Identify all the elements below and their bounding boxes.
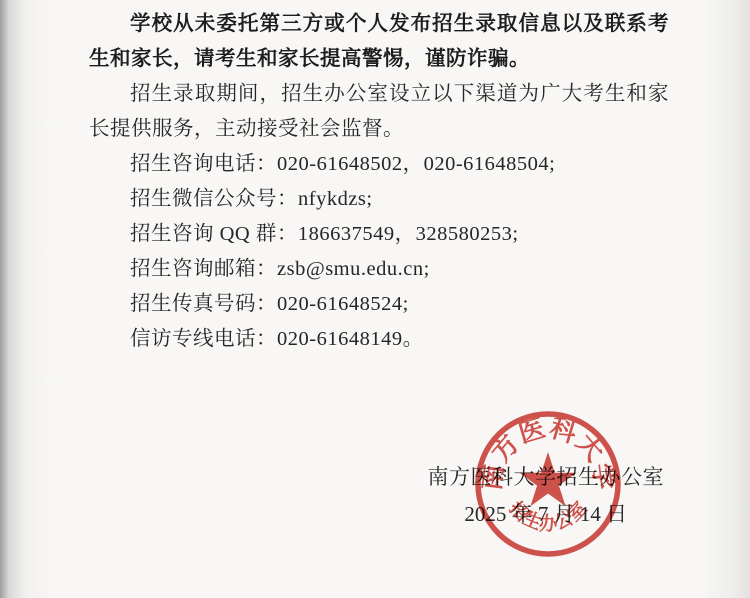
- contact-line-wechat: 招生微信公众号：nfykdzs;: [89, 182, 669, 217]
- contact-line-qq-group: 招生咨询 QQ 群：186637549，328580253;: [89, 217, 669, 252]
- contact-line-phone: 招生咨询电话：020-61648502，020-61648504;: [89, 147, 669, 182]
- paragraph-service-channels: 招生录取期间，招生办公室设立以下渠道为广大考生和家长提供服务，主动接受社会监督。: [89, 77, 669, 147]
- notice-body: 学校从未委托第三方或个人发布招生录取信息以及联系考生和家长，请考生和家长提高警惕…: [89, 7, 669, 357]
- signature-date: 2025 年 7 月 14 日: [428, 498, 665, 531]
- document-page: 学校从未委托第三方或个人发布招生录取信息以及联系考生和家长，请考生和家长提高警惕…: [0, 0, 750, 598]
- paragraph-anti-fraud-warning: 学校从未委托第三方或个人发布招生录取信息以及联系考生和家长，请考生和家长提高警惕…: [89, 7, 669, 77]
- signature-block: 南方医科大学招生办公室 2025 年 7 月 14 日: [428, 461, 665, 531]
- contact-line-email: 招生咨询邮箱：zsb@smu.edu.cn;: [89, 252, 669, 287]
- signature-org: 南方医科大学招生办公室: [428, 461, 665, 494]
- contact-list: 招生咨询电话：020-61648502，020-61648504; 招生微信公众…: [89, 147, 669, 357]
- contact-line-complaint-hotline: 信访专线电话：020-61648149。: [89, 322, 669, 357]
- contact-line-fax: 招生传真号码：020-61648524;: [89, 287, 669, 322]
